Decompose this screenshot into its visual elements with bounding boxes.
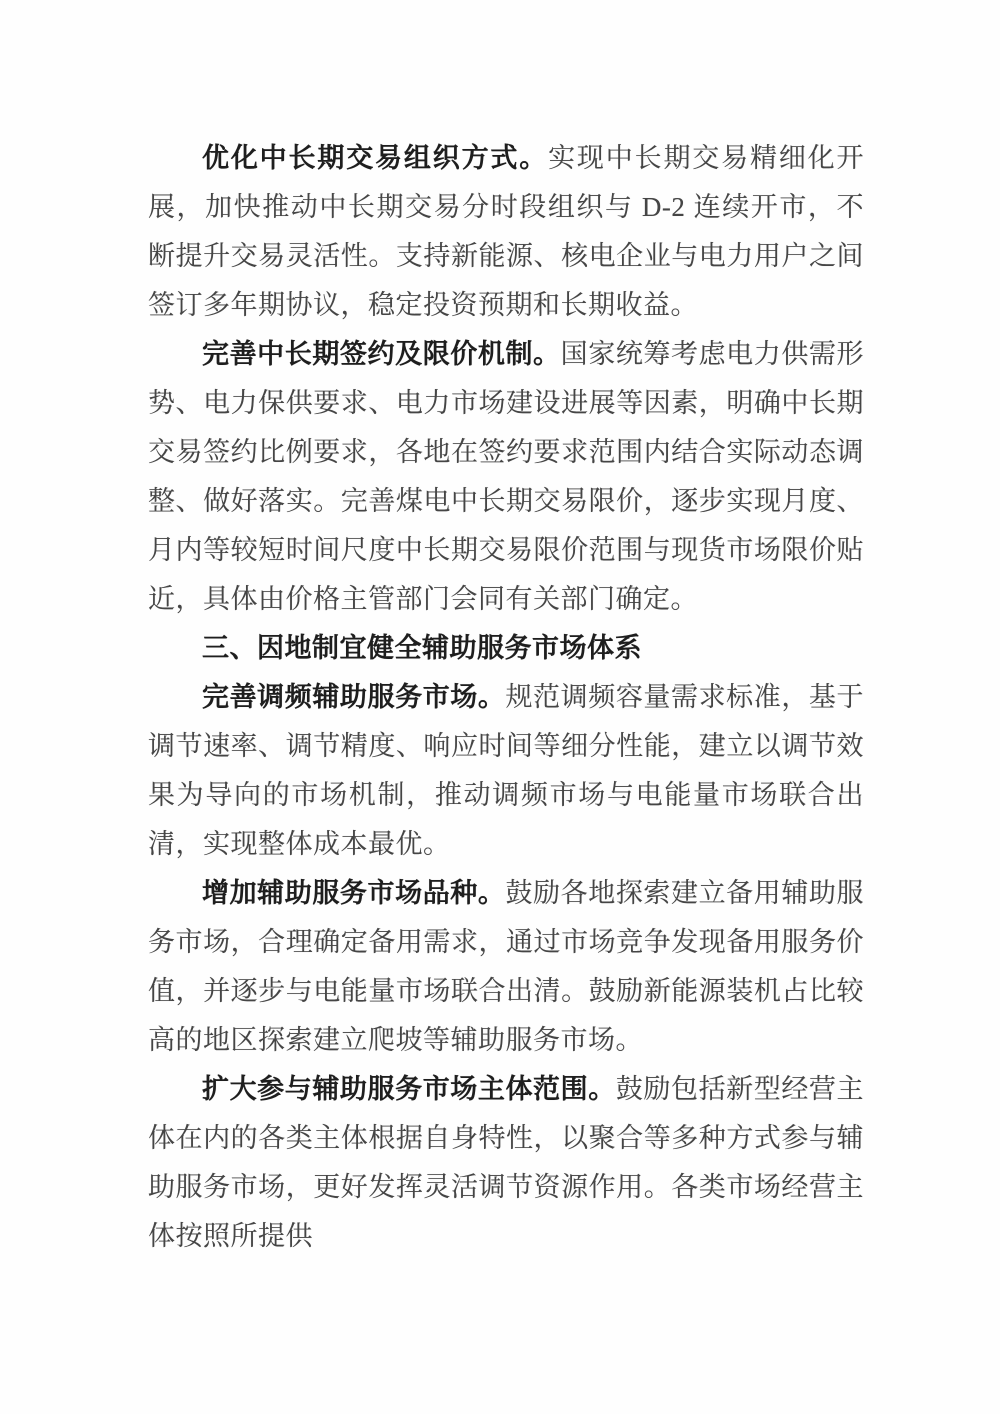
paragraph-lead-bold: 优化中长期交易组织方式。 <box>202 143 548 173</box>
document-text-area: 优化中长期交易组织方式。实现中长期交易精细化开展，加快推动中长期交易分时段组织与… <box>148 134 864 1261</box>
paragraph-optimize-mid-long-term-trading: 优化中长期交易组织方式。实现中长期交易精细化开展，加快推动中长期交易分时段组织与… <box>148 134 864 330</box>
section-heading-ancillary-services: 三、因地制宜健全辅助服务市场体系 <box>148 624 864 673</box>
paragraph-lead-bold: 完善调频辅助服务市场。 <box>202 682 505 712</box>
paragraph-add-market-varieties: 增加辅助服务市场品种。鼓励各地探索建立备用辅助服务市场，合理确定备用需求，通过市… <box>148 869 864 1065</box>
paragraph-lead-bold: 完善中长期签约及限价机制。 <box>202 339 561 369</box>
paragraph-frequency-regulation-market: 完善调频辅助服务市场。规范调频容量需求标准，基于调节速率、调节精度、响应时间等细… <box>148 673 864 869</box>
document-page: 优化中长期交易组织方式。实现中长期交易精细化开展，加快推动中长期交易分时段组织与… <box>0 0 1000 1414</box>
paragraph-lead-bold: 增加辅助服务市场品种。 <box>202 878 505 908</box>
paragraph-expand-participant-scope: 扩大参与辅助服务市场主体范围。鼓励包括新型经营主体在内的各类主体根据自身特性，以… <box>148 1065 864 1261</box>
paragraph-lead-bold: 扩大参与辅助服务市场主体范围。 <box>202 1074 616 1104</box>
paragraph-body-text: 国家统筹考虑电力供需形势、电力保供要求、电力市场建设进展等因素，明确中长期交易签… <box>148 339 864 614</box>
paragraph-contract-price-limit-mechanism: 完善中长期签约及限价机制。国家统筹考虑电力供需形势、电力保供要求、电力市场建设进… <box>148 330 864 624</box>
